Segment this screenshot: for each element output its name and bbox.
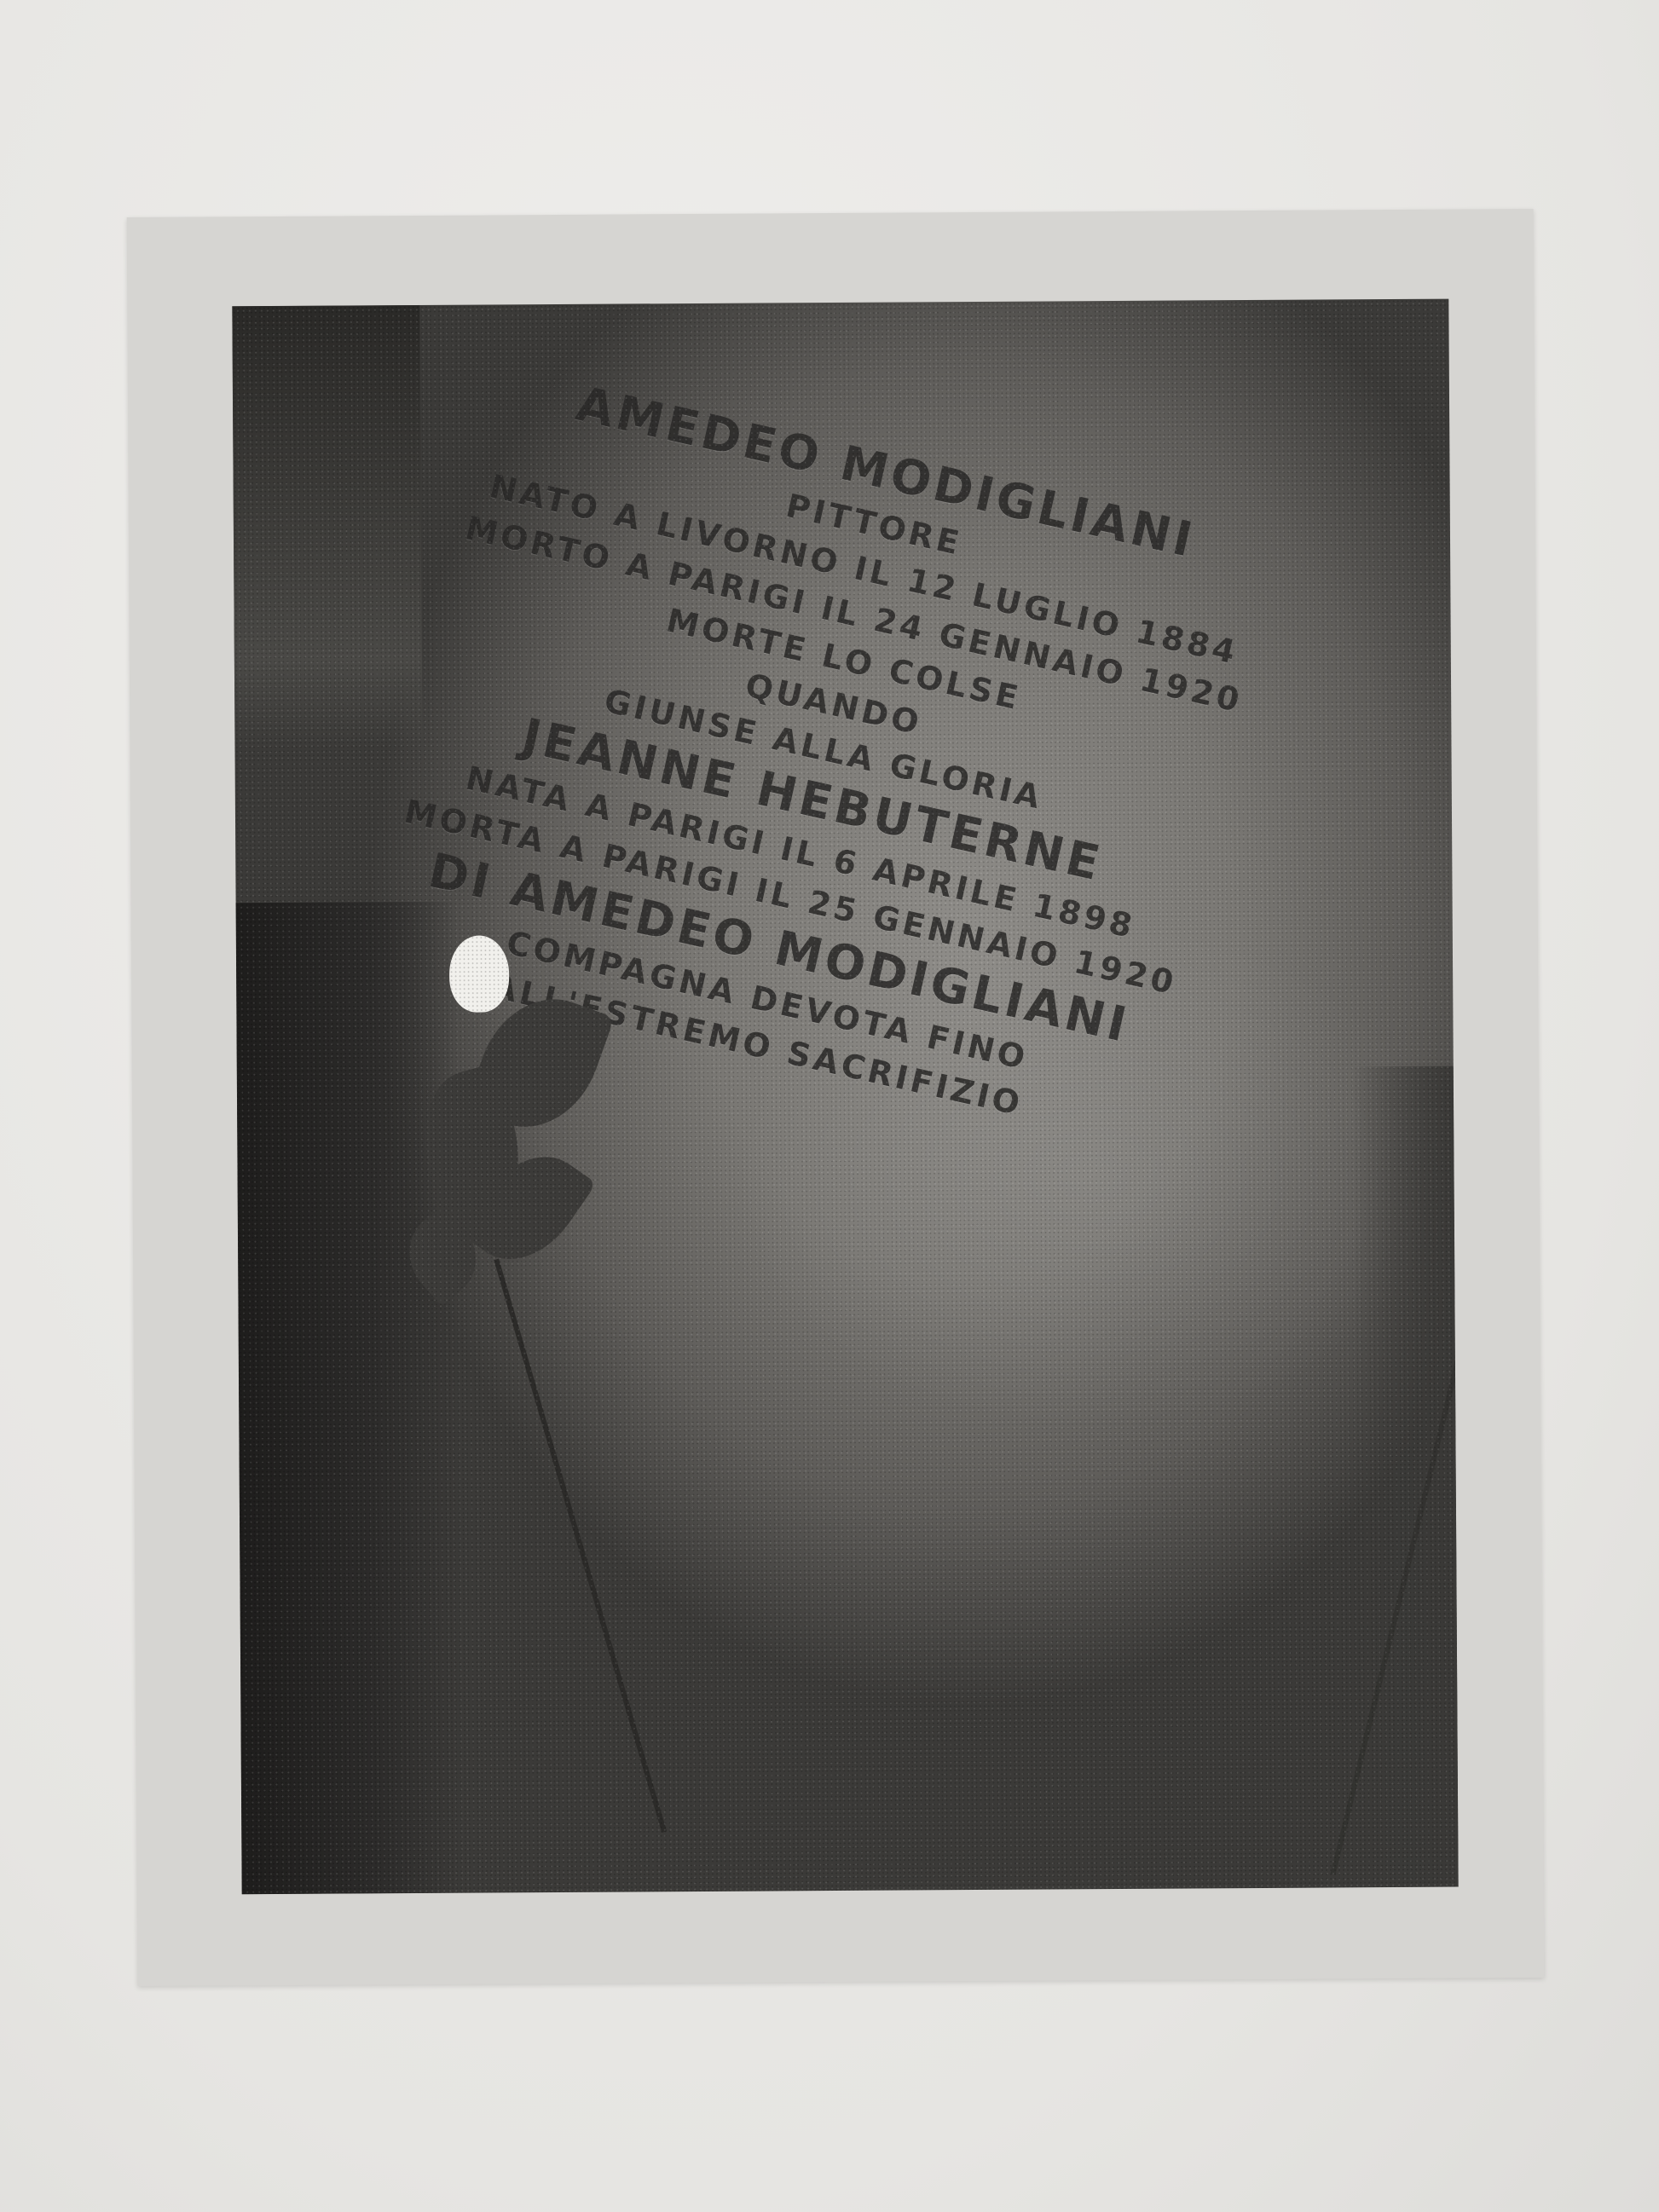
film-grain [232,299,1458,1895]
gravestone-photo: AMEDEO MODIGLIANI PITTORE NATO A LIVORNO… [232,299,1458,1895]
instant-print: AMEDEO MODIGLIANI PITTORE NATO A LIVORNO… [127,209,1545,1986]
